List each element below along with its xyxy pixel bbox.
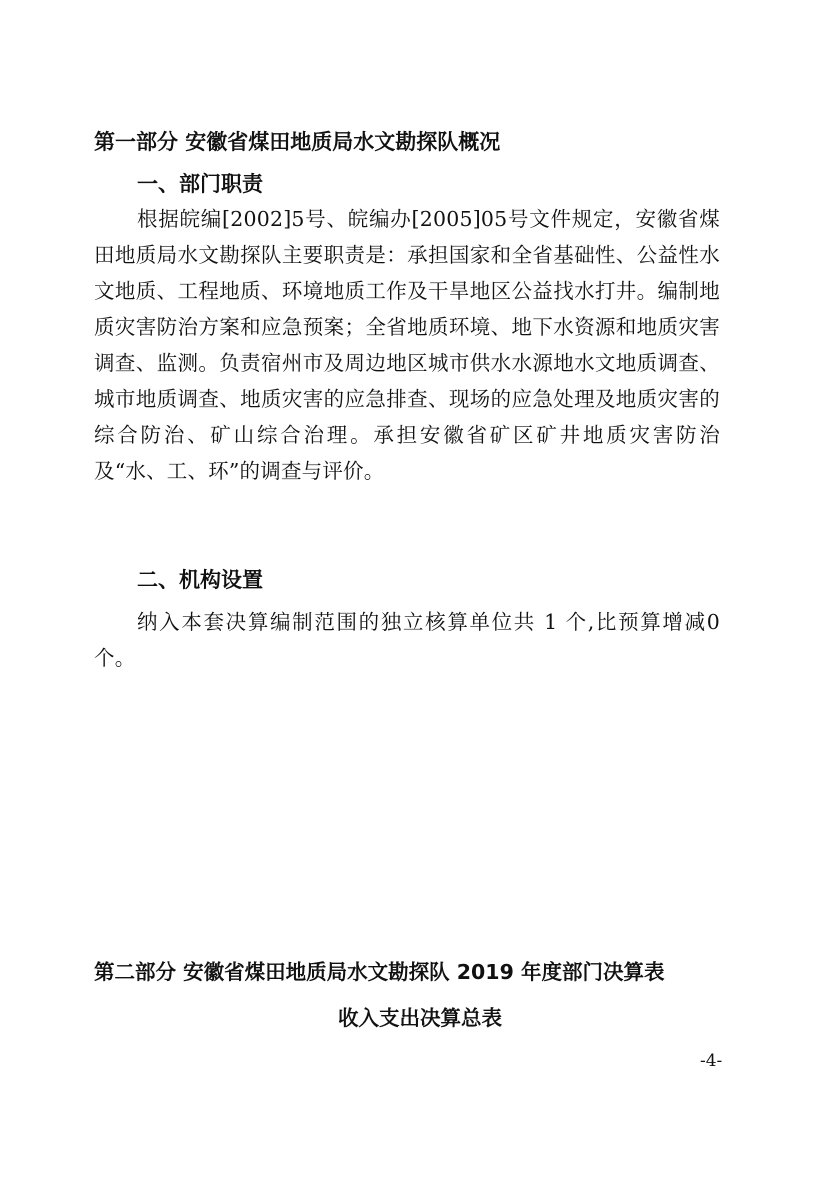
section-heading-responsibilities: 一、部门职责: [137, 170, 263, 198]
document-page: 第一部分 安徽省煤田地质局水文勘探队概况 一、部门职责 根据皖编[2002]5号…: [0, 0, 840, 1188]
part-two-title: 第二部分 安徽省煤田地质局水文勘探队 2019 年度部门决算表: [94, 958, 664, 986]
section-body-responsibilities: 根据皖编[2002]5号、皖编办[2005]05号文件规定，安徽省煤田地质局水文…: [94, 201, 720, 489]
section-body-organization: 纳入本套决算编制范围的独立核算单位共 1 个,比预算增减0个。: [94, 604, 720, 676]
part-one-title: 第一部分 安徽省煤田地质局水文勘探队概况: [94, 128, 500, 156]
section-heading-organization: 二、机构设置: [137, 566, 263, 594]
page-number: -4-: [700, 1050, 722, 1072]
table-title: 收入支出决算总表: [0, 1004, 840, 1032]
